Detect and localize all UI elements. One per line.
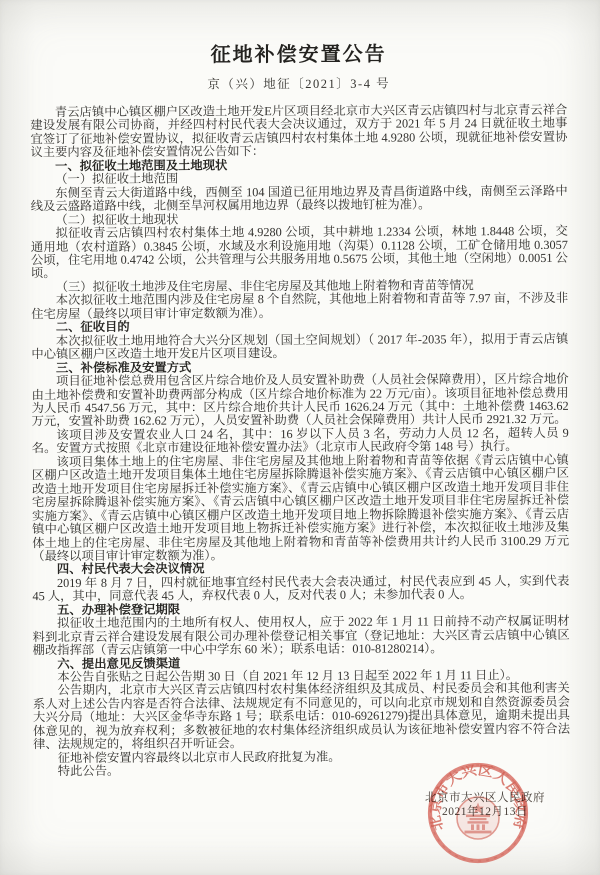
scanned-announcement-page: 征地补偿安置公告 京（兴）地征〔2021〕3-4 号 青云店镇中心镇区棚户区改造… [0, 0, 600, 875]
paragraph: 特此公告。 [33, 763, 570, 779]
paragraph: 拟征收青云店镇四村农村集体土地 4.9280 公顷，其中耕地 1.2334 公顷… [31, 225, 568, 281]
signature-authority: 北京市大兴区人民政府 [418, 792, 552, 805]
signature-date: 2021年12月13日 [418, 806, 552, 819]
paragraph: 公告期内，北京市大兴区青云店镇四村农村集体经济组织及其成员、村民委员会和其他利害… [33, 682, 570, 752]
paragraph: 拟征收土地范围内的土地所有权人、使用权人，应于 2022 年 1 月 11 日前… [33, 615, 570, 658]
paragraph: 东侧至青云大街道路中线，西侧至 104 国道已征用地边界及青昌街道路中线，南侧至… [31, 185, 568, 214]
paragraph: 青云店镇中心镇区棚户区改造土地开发E片区项目经北京市大兴区青云店镇四村与北京青云… [30, 104, 567, 160]
paragraph: 该项目涉及安置农业人口 24 名，其中：16 岁以下人员 3 名，劳动力人员 1… [32, 427, 569, 456]
document-body: 青云店镇中心镇区棚户区改造土地开发E片区项目经北京市大兴区青云店镇四村与北京青云… [30, 104, 570, 779]
document-content: 征地补偿安置公告 京（兴）地征〔2021〕3-4 号 青云店镇中心镇区棚户区改造… [30, 37, 570, 779]
paragraph: 该项目集体土地上的住宅房屋、非住宅房屋及其他地上附着物和青苗等依据《青云店镇中心… [32, 454, 569, 564]
paragraph: 本次拟征收土地范围内涉及住宅房屋 8 个自然院，其他地上附着物和青苗等 7.97… [31, 292, 568, 321]
paragraph: 项目征地补偿总费用包含区片综合地价及人员安置补助费（人员社会保障费用），区片综合… [31, 373, 568, 429]
paragraph: 本次拟征收土地用地符合大兴分区规划（国土空间规划）（ 2017 年-2035 年… [31, 333, 568, 362]
document-title: 征地补偿安置公告 [30, 37, 567, 68]
document-number: 京（兴）地征〔2021〕3-4 号 [30, 73, 567, 93]
paragraph: 2019 年 8 月 7 日，四村就征地事宜经村民代表大会表决通过，村民代表应到… [32, 575, 569, 604]
